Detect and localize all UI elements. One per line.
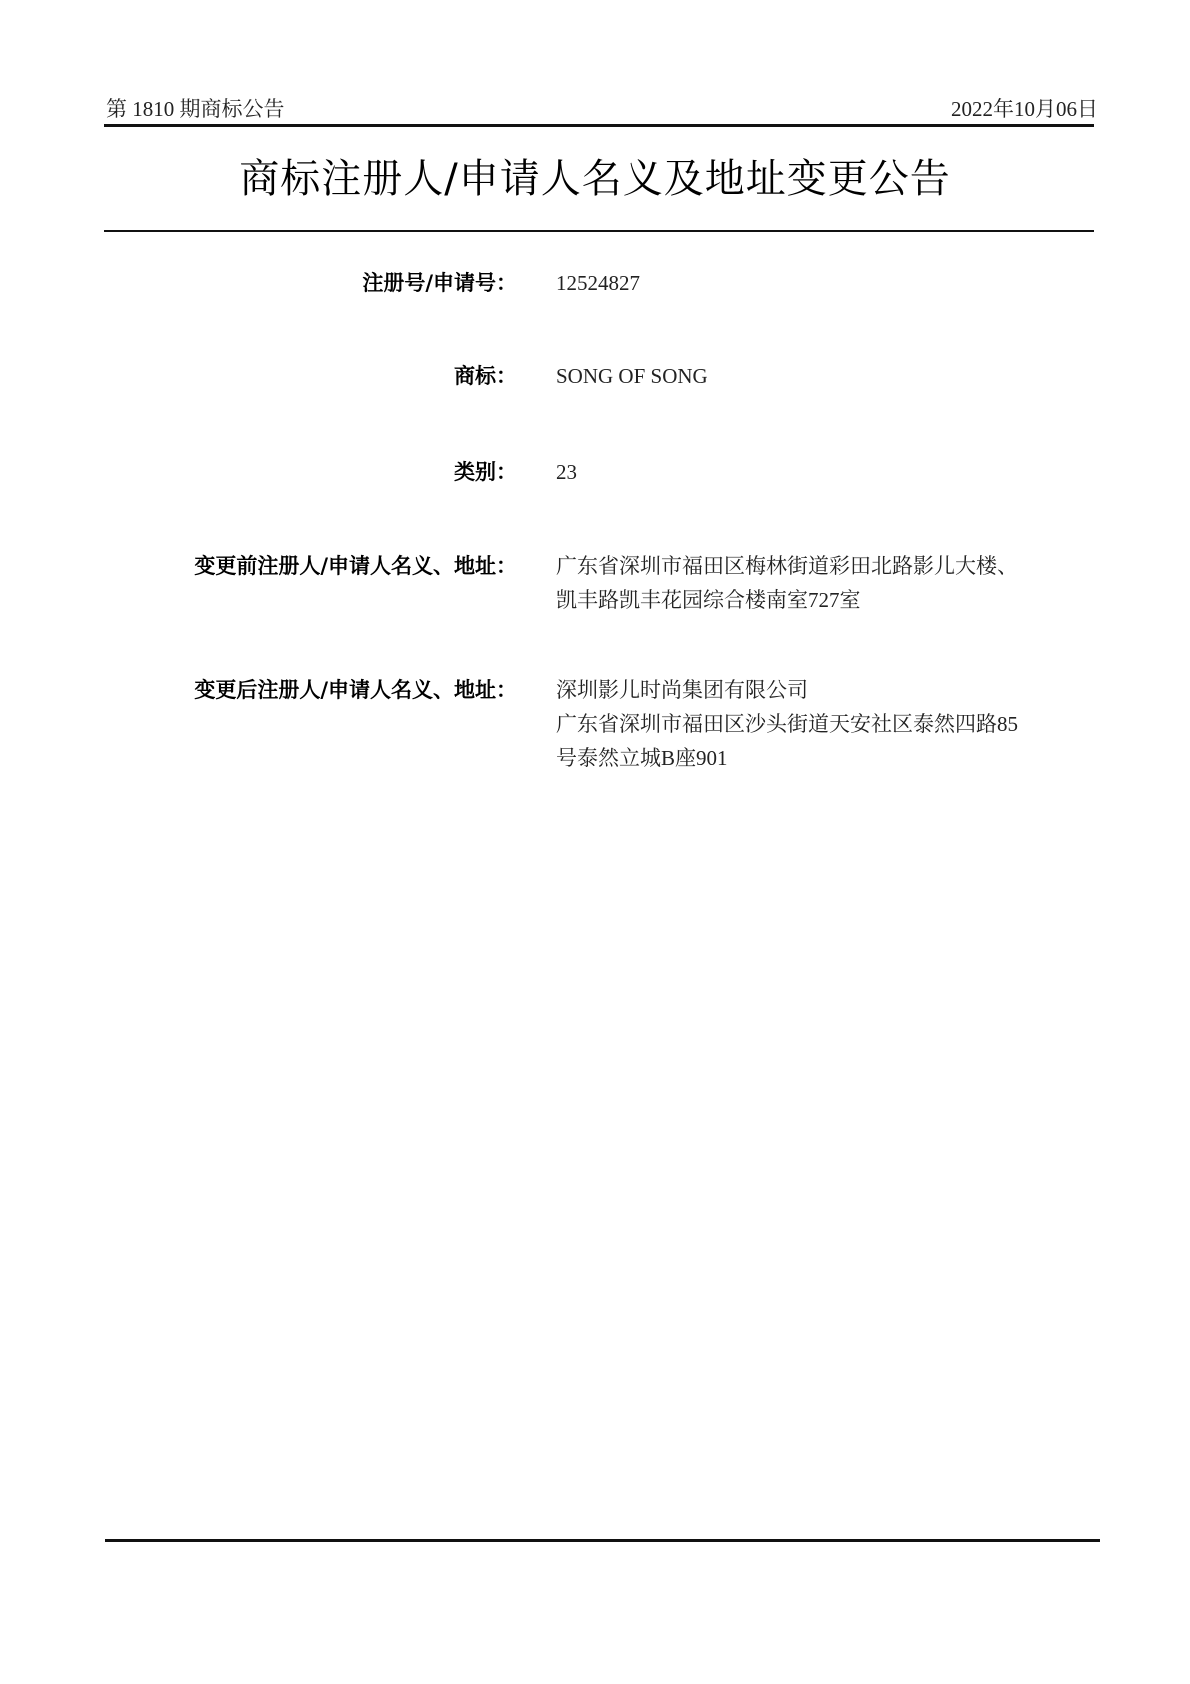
field-value: SONG OF SONG bbox=[556, 359, 1096, 393]
value-line: 广东省深圳市福田区沙头街道天安社区泰然四路85 bbox=[556, 707, 1096, 741]
title-divider bbox=[104, 230, 1094, 232]
footer-divider bbox=[105, 1539, 1100, 1542]
publication-date: 2022年10月06日 bbox=[951, 93, 1098, 123]
page-title: 商标注册人/申请人名义及地址变更公告 bbox=[0, 147, 1190, 204]
value-line: 深圳影儿时尚集团有限公司 bbox=[556, 673, 1096, 707]
value-line: 凯丰路凯丰花园综合楼南室727室 bbox=[556, 583, 1096, 617]
field-value: 广东省深圳市福田区梅林街道彩田北路影儿大楼、 凯丰路凯丰花园综合楼南室727室 bbox=[556, 549, 1096, 617]
field-label: 变更前注册人/申请人名义、地址： bbox=[194, 549, 517, 583]
field-label: 变更后注册人/申请人名义、地址： bbox=[194, 673, 517, 707]
value-line: 23 bbox=[556, 455, 1096, 489]
value-line: 号泰然立城B座901 bbox=[556, 741, 1096, 775]
field-label: 商标： bbox=[454, 359, 517, 393]
field-value: 12524827 bbox=[556, 266, 1096, 300]
value-line: SONG OF SONG bbox=[556, 359, 1096, 393]
field-value: 23 bbox=[556, 455, 1096, 489]
value-line: 12524827 bbox=[556, 266, 1096, 300]
value-line: 广东省深圳市福田区梅林街道彩田北路影儿大楼、 bbox=[556, 549, 1096, 583]
field-label: 类别： bbox=[454, 455, 517, 489]
field-value: 深圳影儿时尚集团有限公司 广东省深圳市福田区沙头街道天安社区泰然四路85 号泰然… bbox=[556, 673, 1096, 775]
issue-number: 第 1810 期商标公告 bbox=[106, 93, 285, 123]
field-label: 注册号/申请号： bbox=[362, 266, 517, 300]
header-divider bbox=[104, 124, 1094, 127]
